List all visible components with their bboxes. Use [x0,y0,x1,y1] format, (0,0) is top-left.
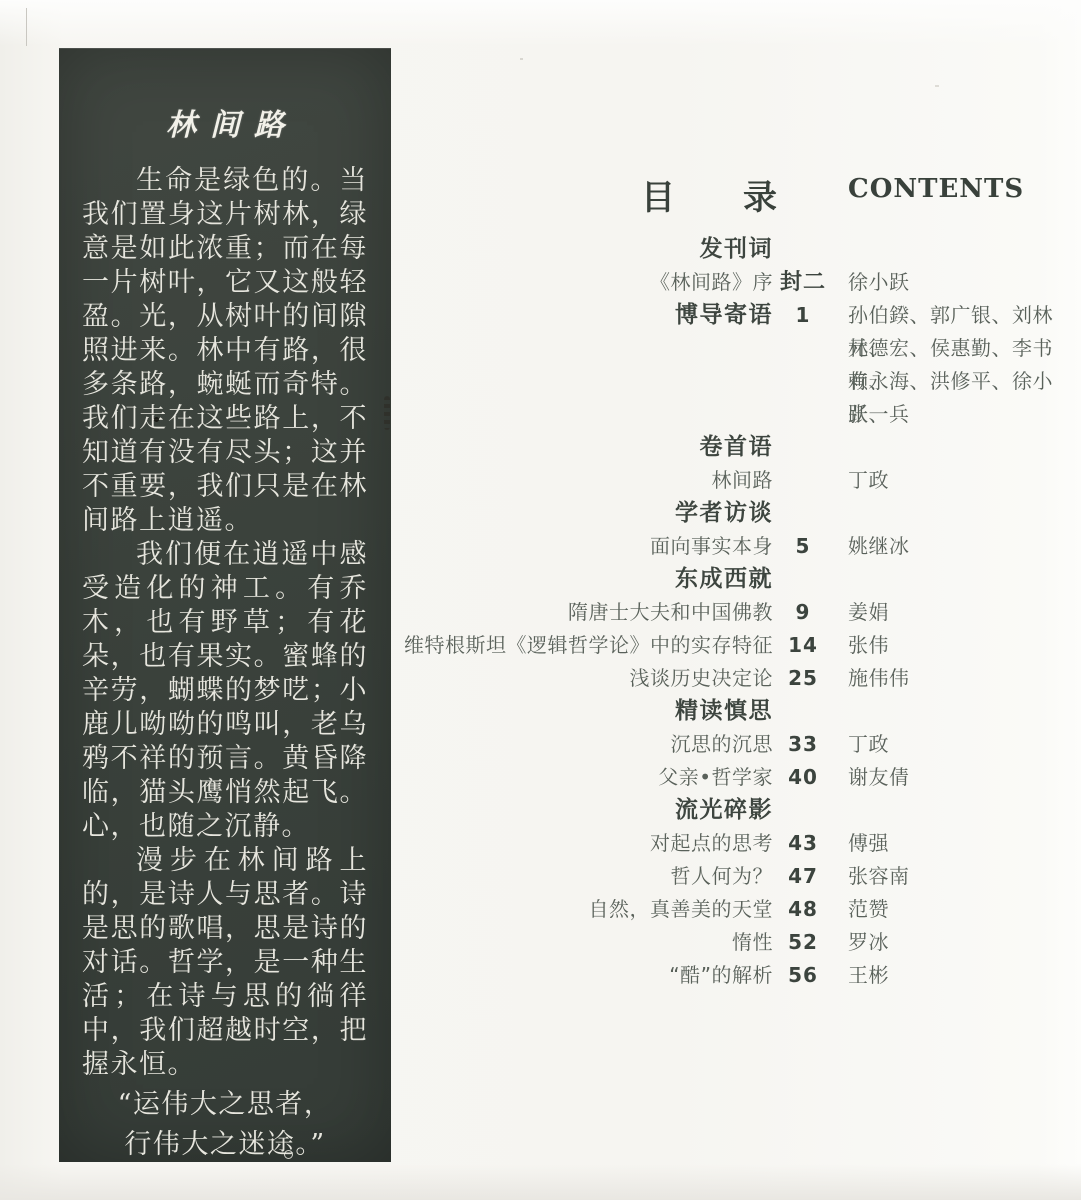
toc-entry-authors: 张容南 [833,860,1081,893]
toc-entry-authors: 罗冰 [833,926,1081,959]
toc-rows: 发刊词 《林间路》序 封二 徐小跃 博导寄语 1 孙伯鍨、郭广银、刘林元、林德宏… [400,233,1081,992]
toc-author: 林德宏、侯惠勤、李书有、 [848,332,1081,365]
panel-quote-line: 行伟大之迷途。” [82,1128,368,1162]
scan-artifact [935,85,939,87]
toc-entry-row: 博导寄语 1 孙伯鍨、郭广银、刘林元、林德宏、侯惠勤、李书有、赖永海、洪修平、徐… [400,299,1081,431]
toc-entry-page: 47 [773,860,833,893]
toc-title-english: CONTENTS [848,174,1024,204]
toc-entry-title: 隋唐士大夫和中国佛教 [400,596,773,629]
toc-entry-title: 父亲•哲学家 [400,761,773,794]
toc-entry-title: 自然，真善美的天堂 [400,893,773,926]
toc-section-title: 流光碎影 [400,794,773,827]
scanned-magazine-page: 林间路 生命是绿色的。当我们置身这片树林，绿意是如此浓重；而在每一片树叶，它又这… [0,0,1081,1200]
toc-entry-authors: 范赞 [833,893,1081,926]
toc-entry-title: 维特根斯坦《逻辑哲学论》中的实存特征 [400,629,773,662]
toc-entry-title: 惰性 [400,926,773,959]
toc-section-title: 东成西就 [400,563,773,596]
toc-entry-row: 浅谈历史决定论 25 施伟伟 [400,662,1081,695]
panel-paragraph: 生命是绿色的。当我们置身这片树林，绿意是如此浓重；而在每一片树叶，它又这般轻盈。… [82,164,368,538]
toc-section-title: 精读慎思 [400,695,773,728]
toc-entry-authors: 丁政 [833,464,1081,497]
toc-title-chinese: 目录 [641,170,845,219]
toc-entry-authors: 张伟 [833,629,1081,662]
toc-entry-page: 5 [773,530,833,563]
toc-author: 王彬 [848,959,1081,992]
toc-header: 目录 CONTENTS [400,168,1081,233]
toc-entry-row: 林间路 丁政 [400,464,1081,497]
toc-author: 姜娟 [848,596,1081,629]
toc-entry-row: 《林间路》序 封二 徐小跃 [400,266,1081,299]
toc-entry-row: “酷”的解析 56 王彬 [400,959,1081,992]
toc-section-row: 东成西就 [400,563,1081,596]
toc-entry-title: 浅谈历史决定论 [400,662,773,695]
toc-entry-row: 惰性 52 罗冰 [400,926,1081,959]
toc-entry-title: 哲人何为？ [400,860,773,893]
panel-paragraph: 漫步在林间路上的，是诗人与思者。诗是思的歌唱，思是诗的对话。哲学，是一种生活；在… [82,844,368,1082]
toc-entry-row: 自然，真善美的天堂 48 范赞 [400,893,1081,926]
toc-entry-authors: 徐小跃 [833,266,1081,299]
toc-entry-row: 哲人何为？ 47 张容南 [400,860,1081,893]
toc-author: 赖永海、洪修平、徐小跃、 [848,365,1081,398]
toc-entry-page: 43 [773,827,833,860]
toc-entry-page: 25 [773,662,833,695]
toc-author: 张伟 [848,629,1081,662]
toc-entry-page: 14 [773,629,833,662]
toc-entry-page: 9 [773,596,833,629]
toc-author: 范赞 [848,893,1081,926]
toc-entry-authors: 傅强 [833,827,1081,860]
toc-author: 张容南 [848,860,1081,893]
toc-author: 施伟伟 [848,662,1081,695]
toc-entry-title: 对起点的思考 [400,827,773,860]
panel-paragraph: 我们便在逍遥中感受造化的神工。有乔木，也有野草；有花朵，也有果实。蜜蜂的辛劳，蝴… [82,538,368,844]
toc-entry-row: 沉思的沉思 33 丁政 [400,728,1081,761]
toc-entry-page: 33 [773,728,833,761]
toc-section-row: 精读慎思 [400,695,1081,728]
toc-entry-authors: 谢友倩 [833,761,1081,794]
toc-section-title: 学者访谈 [400,497,773,530]
toc-entry-authors: 丁政 [833,728,1081,761]
toc-entry-title: “酷”的解析 [400,959,773,992]
toc-entry-page: 48 [773,893,833,926]
toc-entry-title: 面向事实本身 [400,530,773,563]
toc-entry-row: 面向事实本身 5 姚继冰 [400,530,1081,563]
toc-entry-title: 《林间路》序 [400,266,773,299]
table-of-contents: 目录 CONTENTS 发刊词 《林间路》序 封二 徐小跃 博导寄语 1 孙伯鍨… [400,168,1081,992]
toc-entry-page: 封二 [773,266,833,299]
toc-section-row: 卷首语 [400,431,1081,464]
toc-entry-page: 40 [773,761,833,794]
toc-section-row: 发刊词 [400,233,1081,266]
toc-entry-title: 沉思的沉思 [400,728,773,761]
toc-entry-page: 56 [773,959,833,992]
scan-artifact [520,58,523,60]
toc-entry-page: 52 [773,926,833,959]
toc-section-title: 发刊词 [400,233,773,266]
forest-path-panel: 林间路 生命是绿色的。当我们置身这片树林，绿意是如此浓重；而在每一片树叶，它又这… [59,48,391,1162]
toc-author: 丁政 [848,464,1081,497]
toc-entry-authors: 孙伯鍨、郭广银、刘林元、林德宏、侯惠勤、李书有、赖永海、洪修平、徐小跃、张一兵 [833,299,1081,431]
toc-entry-page: 1 [773,299,833,332]
toc-entry-row: 维特根斯坦《逻辑哲学论》中的实存特征 14 张伟 [400,629,1081,662]
toc-section-row: 学者访谈 [400,497,1081,530]
scan-artifact [26,8,27,46]
toc-entry-title: 林间路 [400,464,773,497]
toc-author: 孙伯鍨、郭广银、刘林元、 [848,299,1081,332]
toc-author: 徐小跃 [848,266,1081,299]
toc-section-row: 流光碎影 [400,794,1081,827]
toc-entry-authors: 施伟伟 [833,662,1081,695]
toc-author: 姚继冰 [848,530,1081,563]
toc-author: 丁政 [848,728,1081,761]
toc-author: 张一兵 [848,398,1081,431]
toc-entry-authors: 王彬 [833,959,1081,992]
toc-entry-row: 对起点的思考 43 傅强 [400,827,1081,860]
toc-author: 罗冰 [848,926,1081,959]
panel-quote-line: “运伟大之思者， [82,1088,368,1122]
toc-entry-authors: 姜娟 [833,596,1081,629]
toc-entry-authors: 姚继冰 [833,530,1081,563]
toc-author: 谢友倩 [848,761,1081,794]
toc-section-title: 卷首语 [400,431,773,464]
toc-author: 傅强 [848,827,1081,860]
toc-entry-row: 父亲•哲学家 40 谢友倩 [400,761,1081,794]
toc-entry-title: 博导寄语 [400,299,773,332]
panel-title: 林间路 [82,100,368,144]
toc-entry-row: 隋唐士大夫和中国佛教 9 姜娟 [400,596,1081,629]
